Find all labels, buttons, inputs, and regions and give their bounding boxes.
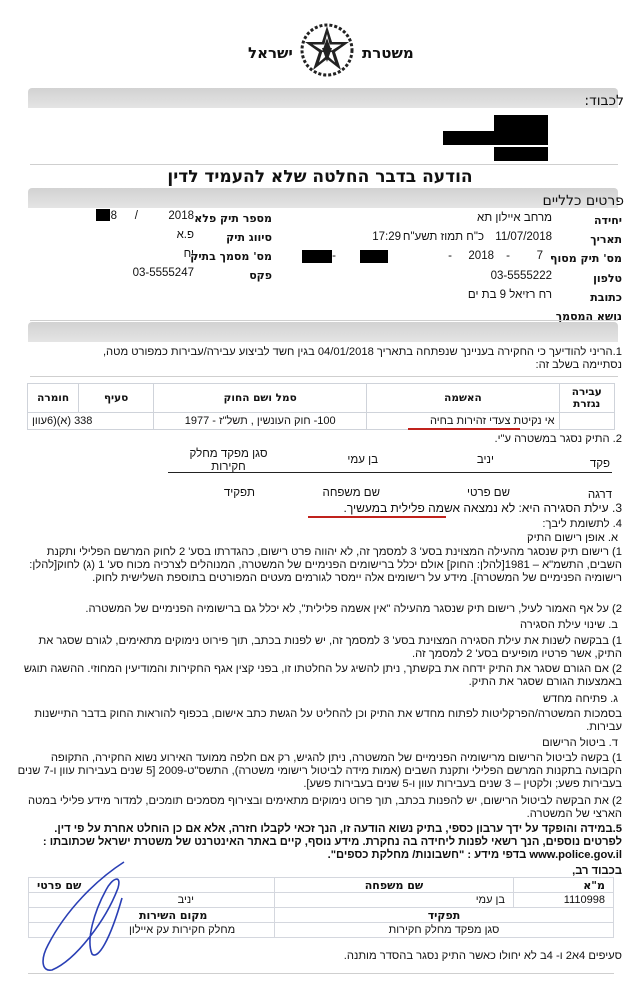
address-label: כתובת: [590, 291, 622, 304]
offense-table: עבירה נגזרת האשמה סמל ושם החוק סעיף חומר…: [27, 383, 615, 430]
doc-number-value: יח: [184, 248, 194, 260]
item-4-title: 4. לתשומת ליבך:: [22, 518, 622, 531]
letterhead: משטרת ישראל: [0, 18, 640, 80]
redacted-recipient-name: [494, 115, 548, 131]
cell-section-severity: 338 (א)(6עוון: [28, 413, 154, 430]
redacted-recipient-address: [443, 131, 548, 145]
time-value: 17:29: [372, 231, 401, 243]
item-2-text: 2. התיק נסגר במשטרה ע"י.: [22, 433, 622, 446]
header-id: מ"א: [514, 878, 614, 893]
divider: [30, 320, 618, 321]
cell-law: 100- חוק העונשין , תשל"ז - 1977: [153, 413, 366, 430]
hebrew-date: כ"ח תמוז תשע"ח: [403, 231, 484, 243]
caption-role: תפקיד: [224, 487, 255, 499]
closure-reason: לא נמצאה אשמה פלילית במעשיך.: [343, 501, 515, 515]
item-4a2-text: 2) על אף האמור לעיל, רישום תיק שנסגר מהע…: [16, 603, 622, 616]
item-4b1-text: 1) בבקשה לשנות את עילת הסגירה המצוינת בס…: [16, 635, 622, 661]
item-4d2-text: 2) את הבקשה לביטול הרישום, יש להפנות בכת…: [16, 795, 622, 821]
item-1-line-1: 1.הריני להודיעך כי החקירה בעניינך שנפתחה…: [22, 346, 622, 359]
cell-derived-offense: [559, 413, 614, 430]
charge-underline: [408, 428, 520, 430]
org-name-israel: ישראל: [248, 44, 293, 62]
footer-divider: [28, 973, 614, 974]
classification-value: פ.א: [177, 229, 194, 241]
col-severity: חומרה: [28, 384, 79, 413]
item-4a1-text: 1) רישום תיק שנסגר מהעילה המצוינת בסע' 3…: [16, 546, 622, 585]
table-row: אי נקיטת צעדי זהירות בחיה 100- חוק העונש…: [28, 413, 615, 430]
col-section: סעיף: [79, 384, 154, 413]
redacted-case-part: [302, 250, 332, 263]
item-5-line-1: 5.במידה והופקד על ידך ערבון כספי, בתיק נ…: [22, 823, 622, 836]
date-label: תאריך: [590, 233, 622, 246]
case-number-part-2: 2018: [468, 250, 494, 262]
classification-label: סיווג תיק: [226, 231, 272, 244]
org-name-police: משטרת: [362, 44, 414, 62]
pla-year: 2018: [168, 210, 194, 222]
item-1-line-2: נסתיימה בשלב זה:: [22, 359, 622, 372]
closer-signature-line: [168, 472, 612, 473]
caption-last-name: שם משפחה: [323, 487, 380, 499]
offense-table-header: עבירה נגזרת האשמה סמל ושם החוק סעיף חומר…: [28, 384, 615, 413]
signer-id: 1110998: [514, 893, 614, 908]
case-number-part-1: 7: [537, 250, 543, 262]
item-3-text: 3. עילת הסגירה היא: לא נמצאה אשמה פלילית…: [22, 502, 622, 515]
phone-label: טלפון: [593, 272, 622, 285]
divider: [30, 164, 618, 165]
general-details-band: [28, 188, 618, 208]
item-4b-title: ב. שינוי עילת הסגירה: [18, 619, 618, 632]
recipient-band: [28, 88, 618, 108]
unit-value: מרחב איילון תא: [477, 212, 552, 224]
header-role: תפקיד: [275, 908, 614, 923]
address-value: רח רזיאל 9 בת ים: [468, 289, 552, 301]
phone-value: 03-5555222: [491, 270, 552, 282]
case-number-label: מס' תיק מסוף: [550, 252, 622, 265]
item-1-text: 1.הריני להודיעך כי החקירה בעניינך שנפתחה…: [22, 346, 622, 372]
document-title: הודעה בדבר החלטה שלא להעמיד לדין: [0, 167, 640, 187]
item-4d1-text: 1) בקשה לביטול הרישום מרישומיה הפנימיים …: [16, 752, 622, 791]
redacted-recipient-city: [494, 147, 548, 161]
divider: [30, 376, 618, 377]
body-band: [28, 322, 618, 342]
pla-separator: /: [135, 210, 138, 222]
case-number-dash: -: [332, 250, 336, 262]
item-5-text: 5.במידה והופקד על ידך ערבון כספי, בתיק נ…: [22, 823, 622, 862]
signer-role: סגן מפקד מחלק חקירות: [275, 923, 614, 938]
item-5-line-2: לפרטים נוספים, הנך רשאי לפנות ליחידה בה …: [22, 836, 622, 849]
police-emblem-icon: [299, 22, 355, 78]
doc-number-label: מס' מסמך בתיק: [190, 250, 272, 263]
item-4d-title: ד. ביטול הרישום: [18, 737, 618, 750]
recipient-label: לכבוד:: [584, 93, 624, 109]
closer-role: סגן מפקד מחלק חקירות: [176, 448, 281, 474]
case-number-dash: -: [448, 250, 452, 262]
col-derived-offense: עבירה נגזרת: [559, 384, 614, 413]
fax-label: פקס: [249, 269, 272, 282]
item-4b2-text: 2) אם הגורם שסגר את התיק ידחה את בקשתך, …: [16, 663, 622, 689]
cell-section: 338 (א)(6: [47, 415, 92, 427]
closer-rank: פקד: [590, 458, 610, 470]
cell-severity: עוון: [32, 415, 47, 427]
cell-charge: אי נקיטת צעדי זהירות בחיה: [367, 413, 559, 430]
col-charge: האשמה: [367, 384, 559, 413]
fax-value: 03-5555247: [133, 267, 194, 279]
closer-first-name: יניב: [477, 454, 494, 466]
redacted-case-part: [360, 250, 388, 263]
general-details-title: פרטים כלליים: [543, 193, 624, 209]
caption-rank: דרגה: [588, 489, 612, 501]
pla-label: מספר תיק פלא: [194, 212, 272, 225]
header-last-name: שם משפחה: [275, 878, 514, 893]
item-4a-title: א. אופן רישום התיק: [18, 532, 618, 545]
caption-first-name: שם פרטי: [467, 487, 510, 499]
item-4c-text: בסמכות המשטרה/הפרקליטות לפתוח מחדש את הת…: [16, 708, 622, 734]
date-value: 11/07/2018: [495, 231, 552, 243]
case-number-dash: -: [506, 250, 510, 262]
col-law: סמל ושם החוק: [153, 384, 366, 413]
footnote: סעיפים 4א2 ו- 4ב לא יחולו כאשר התיק נסגר…: [22, 950, 622, 963]
unit-label: יחידה: [594, 214, 622, 227]
item-3-prefix: 3. עילת הסגירה היא:: [515, 501, 622, 515]
signer-last-name: בן עמי: [275, 893, 514, 908]
redacted-pla-prefix: [96, 209, 110, 221]
item-4c-title: ג. פתיחה מחדש: [18, 693, 618, 706]
closer-last-name: בן עמי: [347, 454, 378, 466]
